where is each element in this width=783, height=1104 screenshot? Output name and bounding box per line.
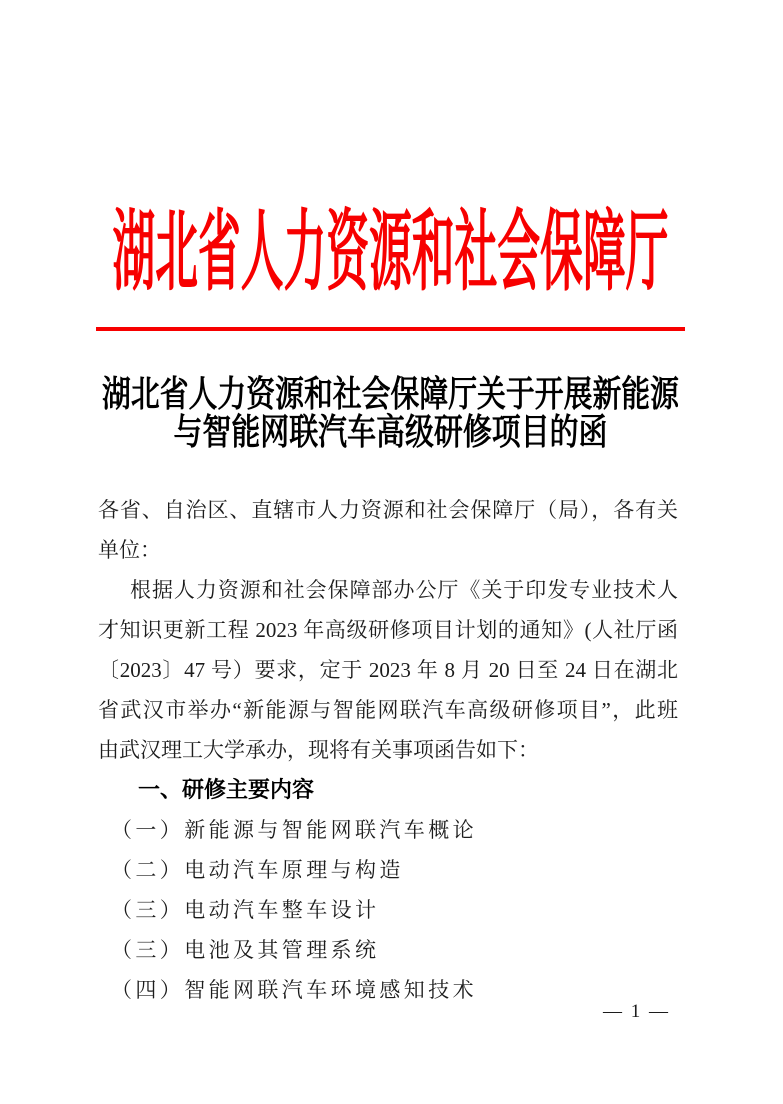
list-item: （三）电池及其管理系统 — [98, 930, 678, 970]
document-title-line-1: 湖北省人力资源和社会保障厅关于开展新能源 — [102, 373, 680, 414]
page-number: — 1 — — [603, 1001, 670, 1023]
document-page: 湖北省人力资源和社会保障厅 湖北省人力资源和社会保障厅关于开展新能源 与智能网联… — [0, 0, 783, 1104]
body-line: 才知识更新工程 2023 年高级研修项目计划的通知》(人社厅函 — [98, 610, 678, 650]
list-item: （四）智能网联汽车环境感知技术 — [98, 970, 678, 1010]
letterhead: 湖北省人力资源和社会保障厅 — [96, 190, 685, 296]
salutation-line: 各省、自治区、直辖市人力资源和社会保障厅（局），各有关 — [98, 490, 678, 530]
letter-body: 各省、自治区、直辖市人力资源和社会保障厅（局），各有关 单位： 根据人力资源和社… — [98, 490, 678, 1010]
letterhead-svg: 湖北省人力资源和社会保障厅 — [96, 190, 685, 296]
letterhead-divider — [96, 327, 685, 331]
document-title-svg: 湖北省人力资源和社会保障厅关于开展新能源 与智能网联汽车高级研修项目的函 — [96, 362, 685, 454]
letterhead-agency-name: 湖北省人力资源和社会保障厅 — [113, 205, 669, 296]
list-item: （一）新能源与智能网联汽车概论 — [98, 810, 678, 850]
salutation-line: 单位： — [98, 530, 678, 570]
document-title: 湖北省人力资源和社会保障厅关于开展新能源 与智能网联汽车高级研修项目的函 — [96, 362, 685, 454]
list-item: （二）电动汽车原理与构造 — [98, 850, 678, 890]
body-line: 由武汉理工大学承办，现将有关事项函告如下： — [98, 730, 678, 770]
document-title-line-2: 与智能网联汽车高级研修项目的函 — [174, 411, 608, 452]
body-line: 根据人力资源和社会保障部办公厅《关于印发专业技术人 — [98, 570, 678, 610]
body-line: 〔2023〕47 号）要求，定于 2023 年 8 月 20 日至 24 日在湖… — [98, 650, 678, 690]
section-heading: 一、研修主要内容 — [98, 770, 678, 810]
body-line: 省武汉市举办“新能源与智能网联汽车高级研修项目”，此班 — [98, 690, 678, 730]
list-item: （三）电动汽车整车设计 — [98, 890, 678, 930]
